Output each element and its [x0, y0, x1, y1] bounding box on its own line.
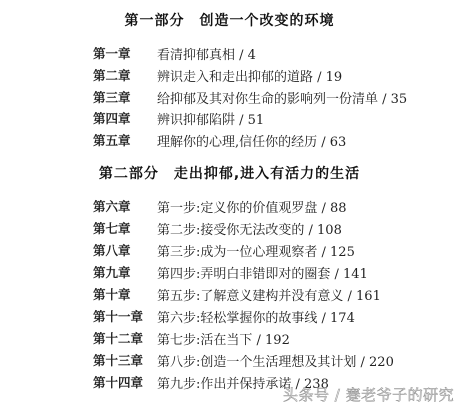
chapter-title: 第八步:创造一个生活理想及其计划 / 220 — [157, 351, 394, 370]
chapter-label: 第十四章 — [93, 373, 143, 391]
chapter-label: 第十一章 — [93, 307, 143, 325]
watermark: 头条号 / 蹇老爷子的研究 — [283, 384, 454, 405]
chapter-title: 辨识抑郁陷阱 / 51 — [157, 109, 264, 128]
chapter-label: 第一章 — [93, 44, 131, 62]
chapter-label: 第八章 — [93, 241, 131, 259]
chapter-title: 第三步:成为一位心理观察者 / 125 — [157, 241, 355, 260]
chapter-label: 第七章 — [93, 219, 131, 237]
chapter-label: 第三章 — [93, 88, 131, 106]
chapter-label: 第二章 — [93, 66, 131, 84]
chapter-label: 第九章 — [93, 263, 131, 281]
part-1-heading: 第一部分 创造一个改变的环境 — [0, 10, 459, 30]
chapter-title: 看清抑郁真相 / 4 — [157, 44, 256, 63]
chapter-title: 第六步:轻松掌握你的故事线 / 174 — [157, 307, 355, 326]
chapter-title: 第二步:接受你无法改变的 / 108 — [157, 219, 342, 238]
chapter-label: 第四章 — [93, 109, 131, 127]
chapter-label: 第十章 — [93, 285, 131, 303]
chapter-label: 第十二章 — [93, 329, 143, 347]
chapter-title: 第五步:了解意义建构并没有意义 / 161 — [157, 285, 381, 304]
chapter-label: 第六章 — [93, 197, 131, 215]
chapter-title: 第四步:弄明白非错即对的圈套 / 141 — [157, 263, 368, 282]
chapter-title: 给抑郁及其对你生命的影响列一份清单 / 35 — [157, 88, 407, 107]
part-2-heading: 第二部分 走出抑郁,进入有活力的生活 — [0, 163, 459, 183]
chapter-title: 第七步:活在当下 / 192 — [157, 329, 290, 348]
chapter-title: 第一步:定义你的价值观罗盘 / 88 — [157, 197, 347, 216]
chapter-title: 理解你的心理,信任你的经历 / 63 — [157, 131, 346, 150]
chapter-label: 第十三章 — [93, 351, 143, 369]
chapter-title: 辨识走入和走出抑郁的道路 / 19 — [157, 66, 342, 85]
chapter-label: 第五章 — [93, 131, 131, 149]
